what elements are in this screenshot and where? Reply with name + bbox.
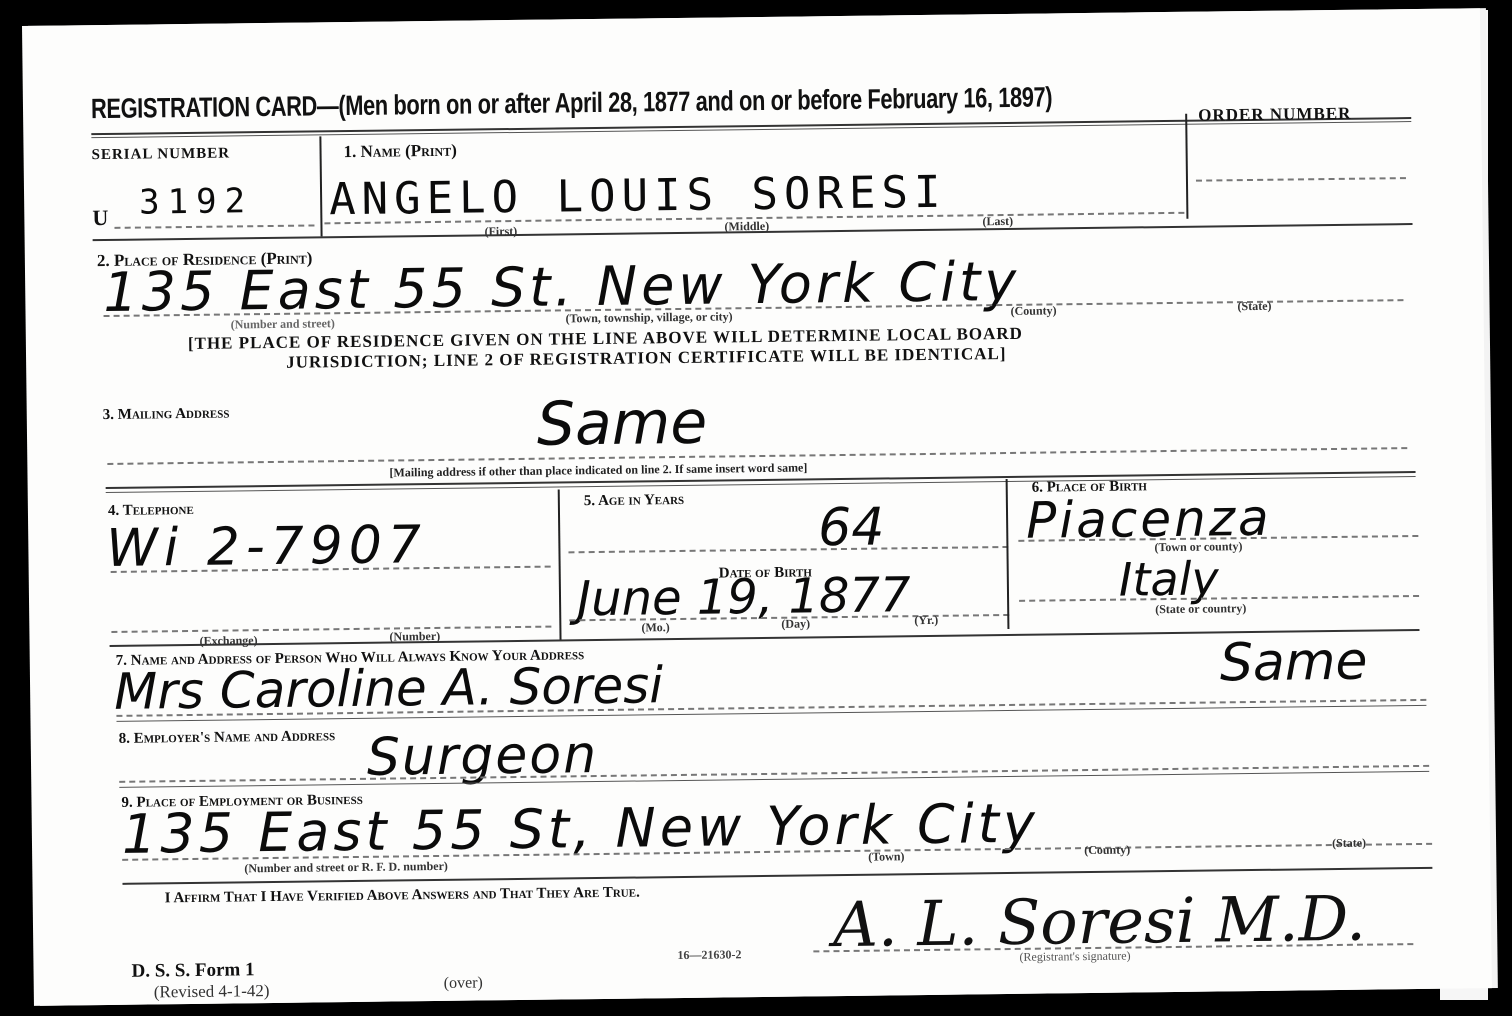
- affirmation-text: I Affirm That I Have Verified Above Answ…: [165, 885, 640, 908]
- employment-town-sublabel: (Town): [868, 849, 904, 864]
- mailing-note: [Mailing address if other than place ind…: [389, 460, 807, 480]
- dob-month-sublabel: (Mo.): [641, 620, 670, 635]
- residence-number-sublabel: (Number and street): [231, 316, 335, 332]
- residence-town-sublabel: (Town, township, village, or city): [566, 309, 733, 326]
- order-number-label: ORDER NUMBER: [1198, 104, 1351, 126]
- signature-sublabel: (Registrant's signature): [1019, 949, 1130, 965]
- card-title: REGISTRATION CARD—(Men born on or after …: [91, 81, 1053, 125]
- age-line: [568, 546, 1008, 553]
- serial-prefix: U: [92, 205, 109, 231]
- telephone-exchange-sublabel: (Exchange): [199, 633, 257, 649]
- serial-number-value: 3192: [139, 181, 253, 222]
- form-revised-date: (Revised 4-1-42): [154, 981, 270, 1002]
- divider: [319, 136, 322, 236]
- dob-year-sublabel: (Yr.): [914, 613, 938, 628]
- serial-number-label: SERIAL NUMBER: [91, 145, 230, 164]
- name-label: 1. Name (Print): [343, 141, 456, 162]
- employment-number-sublabel: (Number and street or R. F. D. number): [244, 859, 448, 876]
- mailing-address-value: Same: [536, 388, 707, 460]
- over-note: (over): [444, 974, 483, 992]
- residence-county-sublabel: (County): [1010, 303, 1056, 319]
- form-number: D. S. S. Form 1: [131, 959, 254, 983]
- divider: [558, 489, 562, 639]
- contact-address-value: Same: [1220, 632, 1368, 694]
- mailing-address-label: 3. Mailing Address: [103, 405, 230, 424]
- birth-country-sublabel: (State or country): [1155, 601, 1246, 617]
- employer-label: 8. Employer's Name and Address: [119, 728, 336, 748]
- dob-day-sublabel: (Day): [781, 616, 810, 631]
- registration-card: REGISTRATION CARD—(Men born on or after …: [22, 8, 1492, 1006]
- residence-state-sublabel: (State): [1237, 299, 1271, 314]
- telephone-sub-line: [111, 626, 551, 633]
- serial-line: [114, 224, 314, 228]
- employment-county-sublabel: (County): [1084, 843, 1130, 859]
- order-number-line: [1196, 177, 1406, 182]
- print-code: 16—21630-2: [677, 947, 741, 963]
- name-first-sublabel: (First): [484, 224, 517, 239]
- employment-state-sublabel: (State): [1332, 836, 1366, 851]
- age-label: 5. Age in Years: [584, 492, 684, 510]
- divider: [1006, 479, 1010, 629]
- divider: [1185, 114, 1188, 219]
